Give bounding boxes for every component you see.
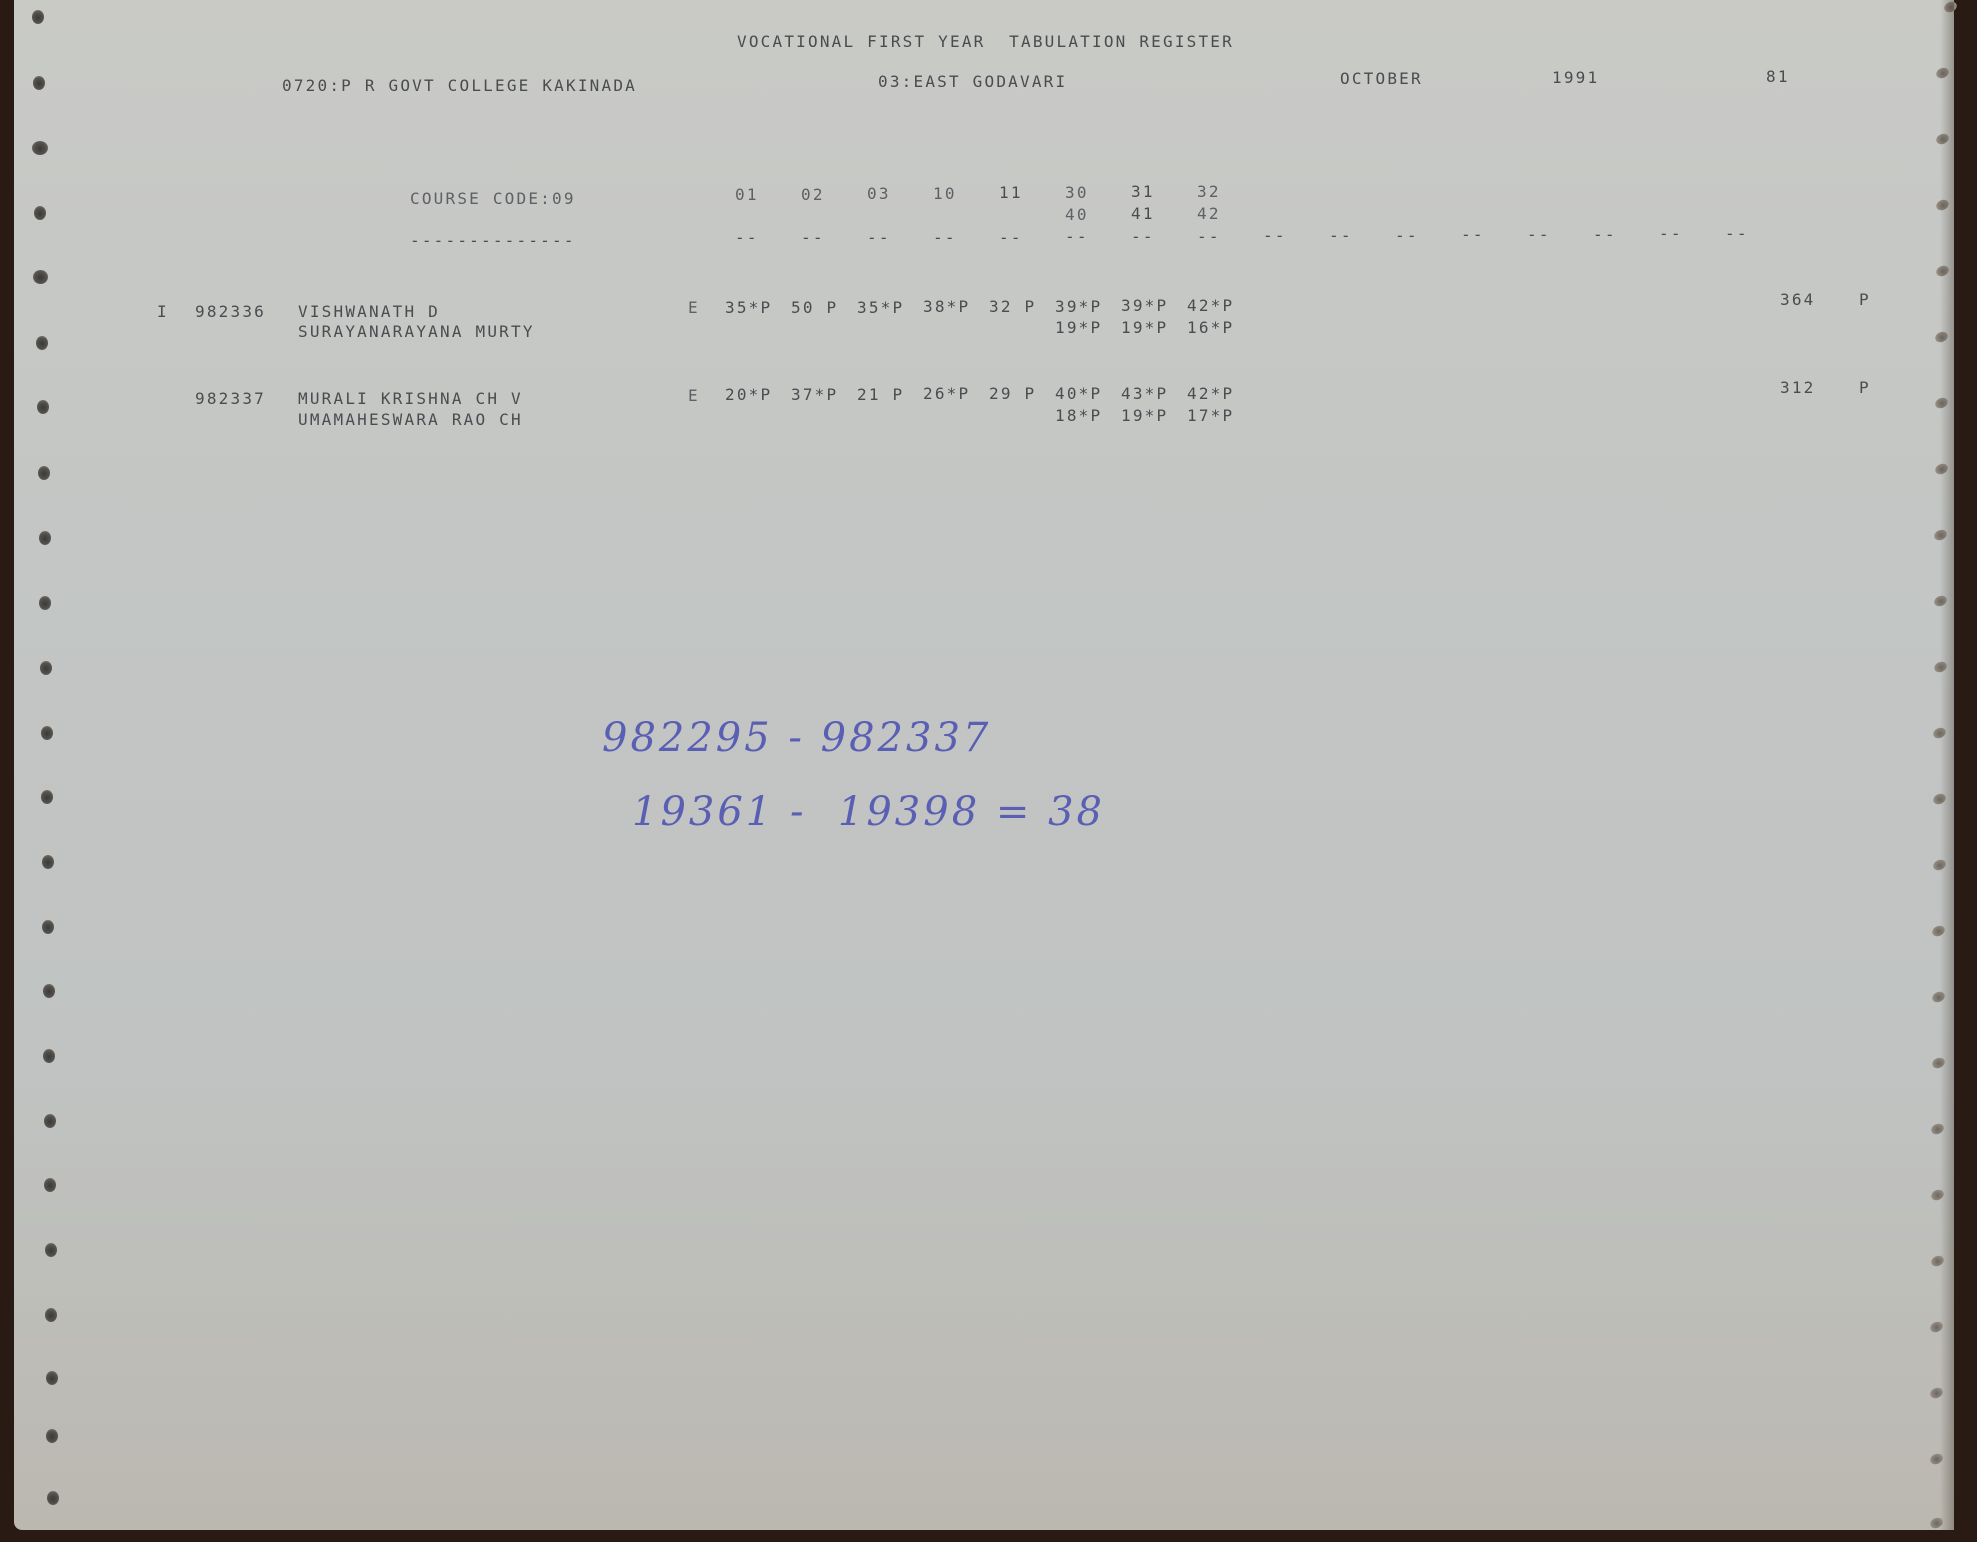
feed-hole-icon	[1929, 1254, 1945, 1269]
result-status: P	[1859, 292, 1871, 308]
feed-hole-icon	[43, 1049, 55, 1063]
exam-year: 1991	[1552, 70, 1599, 86]
feed-hole-icon	[46, 1429, 58, 1443]
student-name: VISHWANATH D	[298, 304, 440, 320]
father-name: SURAYANARAYANA MURTY	[298, 324, 535, 340]
feed-hole-icon	[47, 1491, 59, 1505]
total-marks: 312	[1780, 380, 1816, 396]
column-dash: --	[1065, 229, 1089, 245]
handwritten-count: 19361 - 19398 = 38	[632, 792, 1105, 832]
mark-cell: 42*P	[1187, 298, 1234, 314]
page-number: 81	[1766, 69, 1790, 85]
feed-hole-icon	[34, 206, 46, 220]
father-name: UMAMAHESWARA RAO CH	[298, 412, 523, 428]
mark-cell: 35*P	[857, 300, 904, 316]
feed-hole-icon	[1930, 990, 1946, 1005]
column-header: 32	[1197, 184, 1221, 200]
column-header-secondary: 42	[1197, 206, 1221, 222]
column-dash: --	[1461, 227, 1485, 243]
feed-hole-icon	[1928, 1320, 1944, 1335]
feed-hole-icon	[32, 10, 44, 24]
printout-sheet: VOCATIONAL FIRST YEAR TABULATION REGISTE…	[14, 0, 1954, 1530]
mark-cell: 42*P	[1187, 386, 1234, 402]
mark-cell: 32 P	[989, 299, 1036, 315]
feed-hole-icon	[39, 531, 51, 545]
column-header: 31	[1131, 184, 1155, 200]
feed-hole-icon	[1934, 66, 1950, 81]
mark-cell: 43*P	[1121, 386, 1168, 402]
feed-hole-icon	[32, 141, 48, 155]
feed-hole-icon	[1930, 1056, 1946, 1071]
feed-hole-icon	[1942, 0, 1958, 14]
feed-hole-icon	[1931, 792, 1947, 807]
feed-hole-icon	[1933, 462, 1949, 477]
feed-hole-icon	[44, 1114, 56, 1128]
roll-number: 982336	[195, 304, 266, 320]
mark-cell: 37*P	[791, 387, 838, 403]
column-header: 02	[801, 187, 825, 203]
feed-hole-icon	[1933, 396, 1949, 411]
feed-hole-icon	[1928, 1516, 1944, 1531]
mark-cell: 29 P	[989, 386, 1036, 402]
mark-cell: 38*P	[923, 299, 970, 315]
feed-hole-icon	[1932, 528, 1948, 543]
feed-hole-icon	[44, 1178, 56, 1192]
feed-hole-icon	[1933, 330, 1949, 345]
mark-cell-secondary: 19*P	[1121, 408, 1168, 424]
mark-cell-secondary: 19*P	[1121, 320, 1168, 336]
feed-hole-icon	[1928, 1386, 1944, 1401]
mark-cell: 35*P	[725, 300, 772, 316]
feed-hole-icon	[45, 1243, 57, 1257]
feed-hole-icon	[43, 984, 55, 998]
feed-hole-icon	[41, 726, 53, 740]
feed-hole-icon	[1932, 594, 1948, 609]
roll-number: 982337	[195, 391, 266, 407]
student-flag: I	[157, 304, 169, 320]
column-dash: --	[1395, 228, 1419, 244]
mark-cell-secondary: 18*P	[1055, 408, 1102, 424]
feed-hole-icon	[1934, 132, 1950, 147]
medium: E	[688, 300, 700, 316]
course-code-label: COURSE CODE:09	[410, 191, 576, 207]
mark-cell: 39*P	[1055, 299, 1102, 315]
column-dash: --	[1263, 228, 1287, 244]
mark-cell: 40*P	[1055, 386, 1102, 402]
mark-cell: 21 P	[857, 387, 904, 403]
feed-hole-icon	[40, 661, 52, 675]
feed-hole-icon	[1930, 924, 1946, 939]
column-header: 01	[735, 187, 759, 203]
mark-cell-secondary: 19*P	[1055, 320, 1102, 336]
column-header: 10	[933, 186, 957, 202]
mark-cell: 26*P	[923, 386, 970, 402]
student-name: MURALI KRISHNA CH V	[298, 391, 523, 407]
feed-hole-icon	[1932, 660, 1948, 675]
feed-hole-icon	[1931, 858, 1947, 873]
feed-hole-icon	[1928, 1452, 1944, 1467]
feed-hole-icon	[1934, 198, 1950, 213]
column-dash: --	[801, 230, 825, 246]
feed-hole-icon	[36, 336, 48, 350]
feed-hole-icon	[33, 270, 48, 284]
feed-hole-icon	[1929, 1188, 1945, 1203]
feed-hole-icon	[39, 596, 51, 610]
column-dash: --	[1527, 227, 1551, 243]
column-header-secondary: 41	[1131, 206, 1155, 222]
feed-hole-icon	[1929, 1122, 1945, 1137]
column-header: 11	[999, 185, 1023, 201]
exam-month: OCTOBER	[1340, 71, 1423, 87]
column-dash: --	[867, 230, 891, 246]
column-header: 03	[867, 186, 891, 202]
column-header: 30	[1065, 185, 1089, 201]
column-dash: --	[1329, 228, 1353, 244]
mark-cell: 50 P	[791, 300, 838, 316]
column-dash: --	[1725, 226, 1749, 242]
feed-hole-icon	[37, 400, 49, 414]
column-dash: --	[1131, 229, 1155, 245]
result-status: P	[1859, 380, 1871, 396]
feed-hole-icon	[38, 466, 50, 480]
feed-hole-icon	[42, 920, 54, 934]
register-title: VOCATIONAL FIRST YEAR TABULATION REGISTE…	[737, 34, 1234, 50]
column-header-secondary: 40	[1065, 207, 1089, 223]
mark-cell: 20*P	[725, 387, 772, 403]
feed-hole-icon	[46, 1371, 58, 1385]
column-dash: --	[1197, 229, 1221, 245]
medium: E	[688, 388, 700, 404]
feed-hole-icon	[45, 1308, 57, 1322]
feed-hole-icon	[1931, 726, 1947, 741]
total-marks: 364	[1780, 292, 1816, 308]
column-dash: --	[999, 230, 1023, 246]
college-name: 0720:P R GOVT COLLEGE KAKINADA	[282, 78, 637, 94]
column-dash: --	[1593, 227, 1617, 243]
mark-cell-secondary: 16*P	[1187, 320, 1234, 336]
column-dash: --	[1659, 226, 1683, 242]
feed-hole-icon	[41, 790, 53, 804]
handwritten-roll-range: 982295 - 982337	[602, 718, 991, 758]
feed-hole-icon	[33, 76, 45, 90]
course-code-underline: --------------	[410, 233, 576, 249]
feed-hole-icon	[42, 855, 54, 869]
feed-hole-icon	[1934, 264, 1950, 279]
mark-cell: 39*P	[1121, 298, 1168, 314]
mark-cell-secondary: 17*P	[1187, 408, 1234, 424]
column-dash: --	[735, 230, 759, 246]
district-name: 03:EAST GODAVARI	[878, 74, 1067, 90]
column-dash: --	[933, 230, 957, 246]
